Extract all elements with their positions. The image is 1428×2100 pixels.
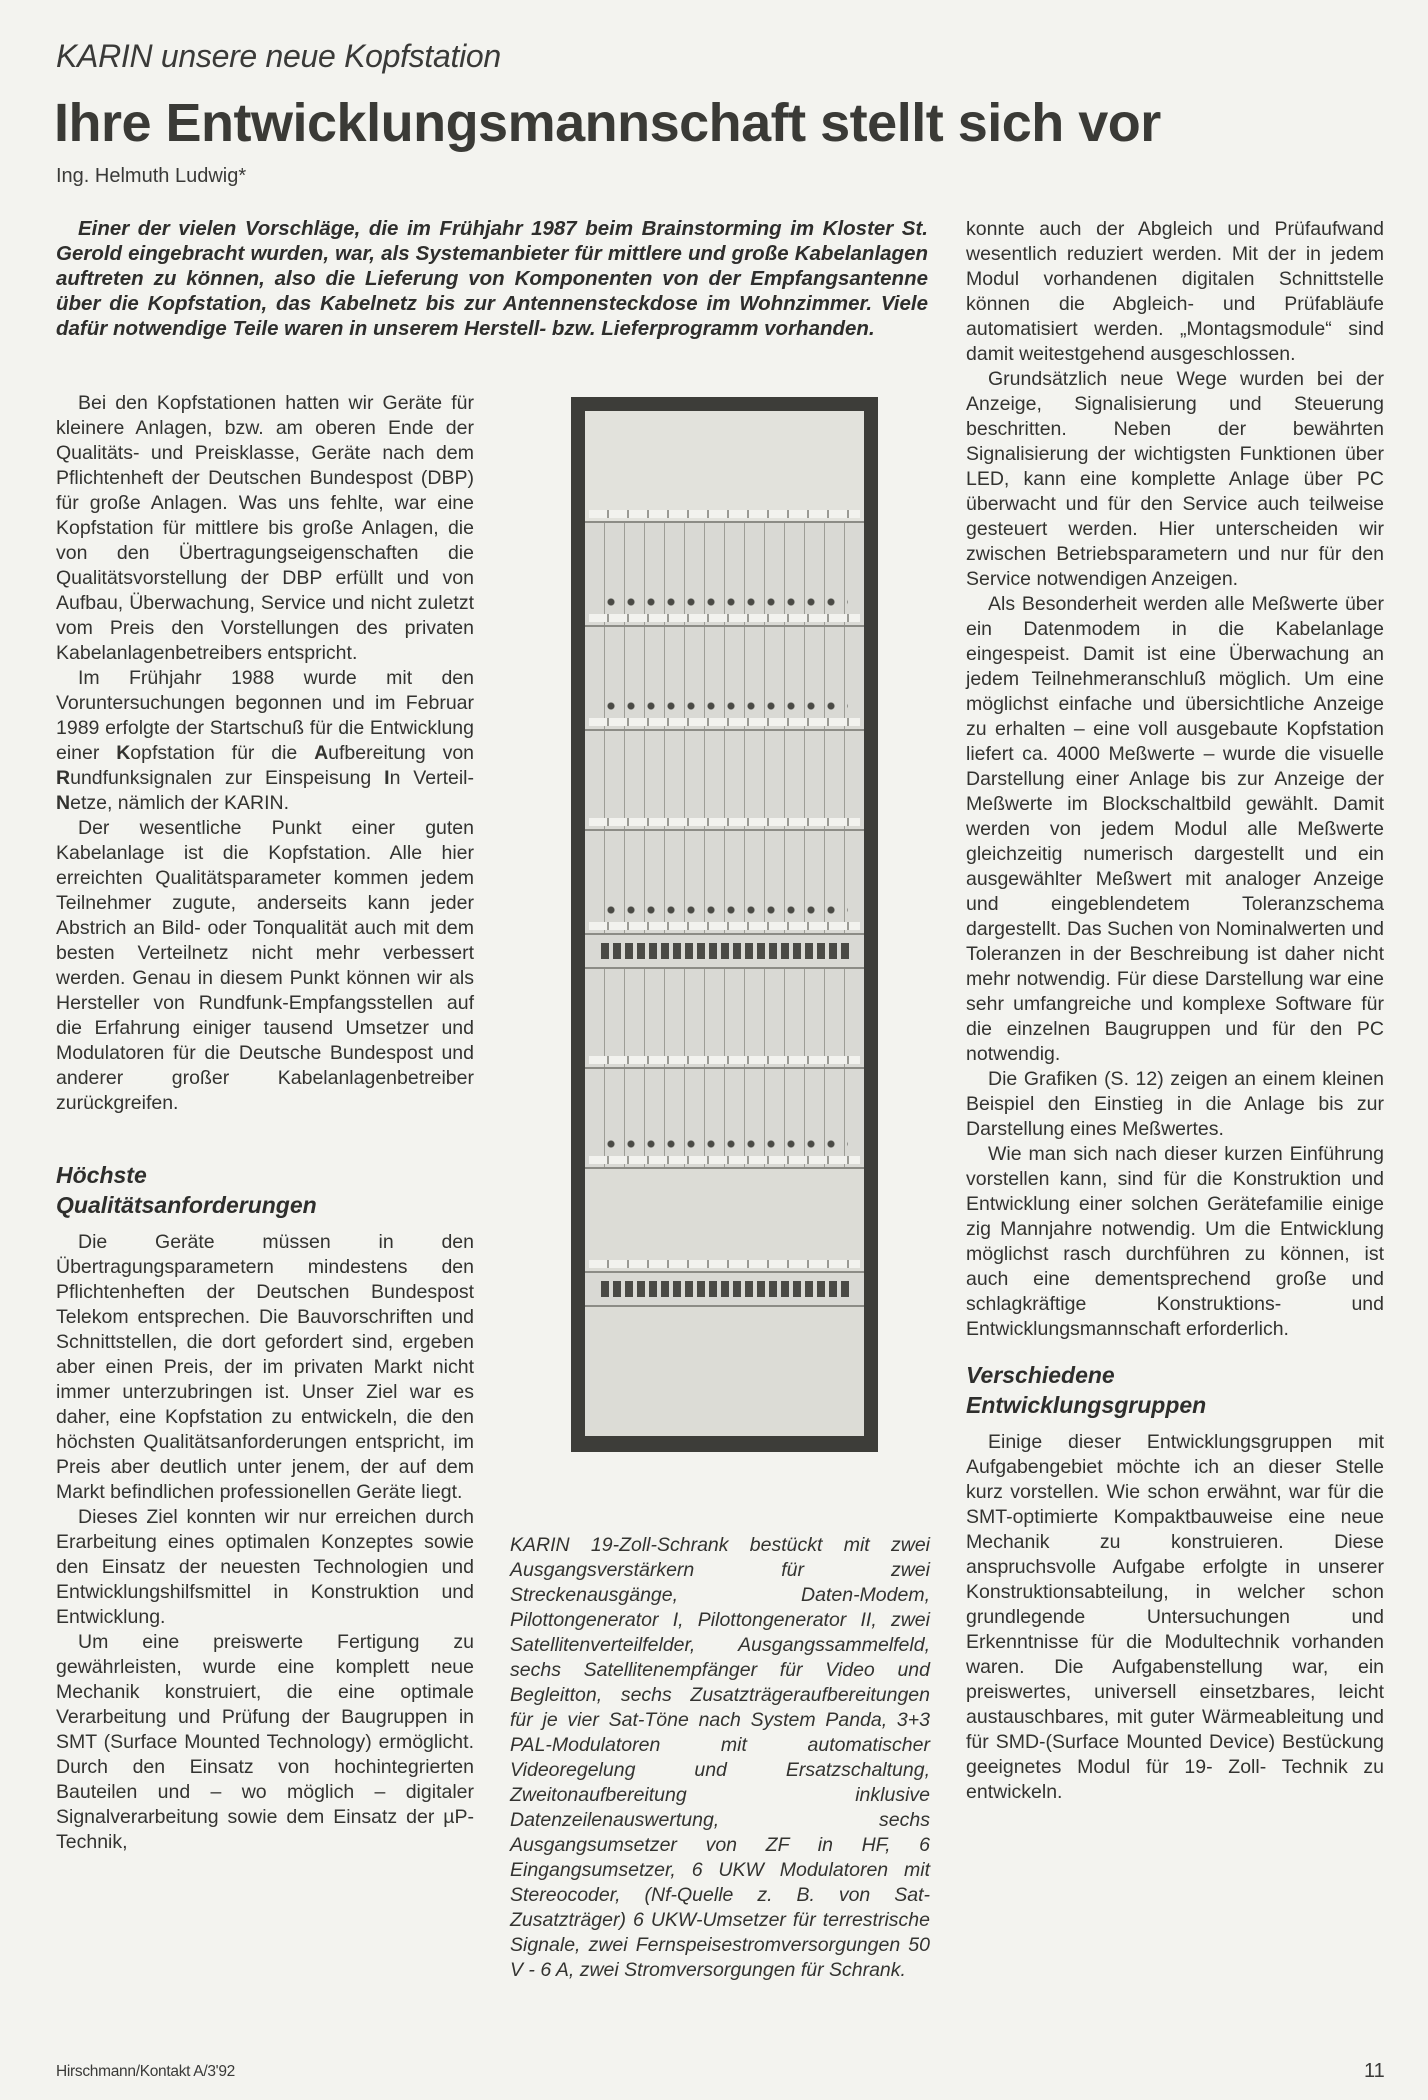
- acronym-letter: A: [314, 742, 328, 764]
- rack-vent: [585, 1273, 864, 1307]
- rack-vent: [585, 935, 864, 969]
- figure-caption: KARIN 19-Zoll-Schrank bestückt mit zwei …: [510, 1533, 930, 1983]
- paragraph: Dieses Ziel konnten wir nur erreichen du…: [56, 1505, 474, 1630]
- paragraph: Die Grafiken (S. 12) zeigen an einem kle…: [966, 1067, 1384, 1142]
- page-number: 11: [1364, 2060, 1385, 2083]
- paragraph: Die Geräte müssen in den Übertragungspar…: [56, 1230, 474, 1505]
- acronym-letter: K: [116, 742, 130, 764]
- rack-unit-power-supply: [585, 1169, 864, 1273]
- paragraph: Einige dieser Entwicklungsgruppen mit Au…: [966, 1430, 1384, 1805]
- paragraph: Der wesentliche Punkt einer guten Kabela…: [56, 816, 474, 1116]
- lead-paragraph: Einer der vielen Vorschläge, die im Früh…: [56, 216, 928, 341]
- paragraph: Wie man sich nach dieser kurzen Einführu…: [966, 1142, 1384, 1342]
- acronym-letter: N: [56, 792, 70, 814]
- rack-cabinet: [585, 411, 864, 1436]
- article-kicker: KARIN unsere neue Kopfstation: [56, 38, 501, 75]
- section-heading: HöchsteQualitätsanforderungen: [56, 1160, 474, 1220]
- rack-unit: [585, 831, 864, 935]
- article-author: Ing. Helmuth Ludwig*: [56, 165, 246, 188]
- paragraph: Bei den Kopfstationen hatten wir Geräte …: [56, 391, 474, 666]
- paragraph: konnte auch der Abgleich und Prüfaufwand…: [966, 217, 1384, 367]
- article-title: Ihre Entwicklungsmannschaft stellt sich …: [54, 92, 1161, 154]
- rack-unit-power-supply: [585, 1307, 864, 1436]
- rack-unit-output-amplifiers: [585, 411, 864, 523]
- paragraph: Um eine preiswerte Fertigung zu gewährle…: [56, 1630, 474, 1855]
- acronym-letter: R: [56, 767, 70, 789]
- rack-unit: [585, 731, 864, 831]
- left-column: Bei den Kopfstationen hatten wir Geräte …: [56, 391, 474, 1855]
- right-column: konnte auch der Abgleich und Prüfaufwand…: [966, 217, 1384, 1805]
- rack-unit: [585, 1069, 864, 1169]
- paragraph: Als Besonderheit werden alle Meßwerte üb…: [966, 592, 1384, 1067]
- paragraph-karin-acronym: Im Frühjahr 1988 wurde mit den Vorunters…: [56, 666, 474, 816]
- footer-publication: Hirschmann/Kontakt A/3'92: [56, 2063, 235, 2081]
- paragraph: Grundsätzlich neue Wege wurden bei der A…: [966, 367, 1384, 592]
- section-heading: VerschiedeneEntwicklungsgruppen: [966, 1360, 1384, 1420]
- rack-unit: [585, 523, 864, 627]
- rack-unit: [585, 627, 864, 731]
- rack-unit: [585, 969, 864, 1069]
- rack-photo: [571, 397, 878, 1452]
